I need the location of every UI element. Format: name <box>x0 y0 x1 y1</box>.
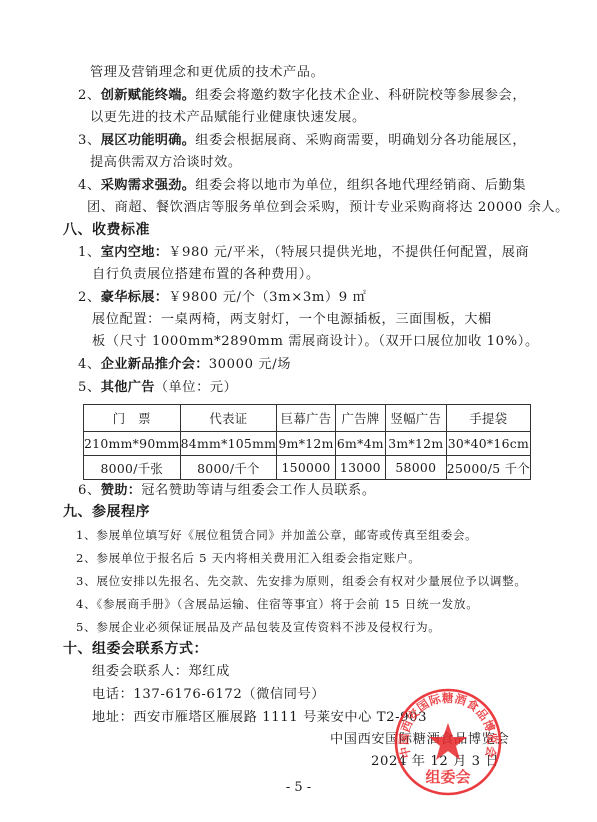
table-cell: 8000/千个 <box>180 456 277 480</box>
item-title: 其他广告 <box>101 380 155 395</box>
table-cell: 8000/千张 <box>84 456 181 480</box>
section-heading-procedure: 九、参展程序 <box>63 503 150 521</box>
table-cell: 84mm*105mm <box>180 432 277 456</box>
table-row-prices: 8000/千张 8000/千个 150000 13000 58000 25000… <box>84 456 531 480</box>
contact-phone: 电话：137-6176-6172（微信同号） <box>92 686 325 704</box>
fee-item-4: 4、企业新品推介会：30000 元/场 <box>78 356 291 374</box>
procedure-step-1: 1、参展单位填写好《展位租赁合同》并加盖公章，邮寄或传真至组委会。 <box>76 526 477 544</box>
item-title: 采购需求强劲。 <box>101 178 195 193</box>
table-header-cell: 代表证 <box>180 405 277 432</box>
item-text: 30000 元/场 <box>209 357 291 372</box>
item-number: 5、 <box>78 380 101 395</box>
item-title: 豪华标展： <box>101 290 168 305</box>
table-header-cell: 巨幕广告 <box>277 405 336 432</box>
contact-person: 组委会联系人：郑红成 <box>92 663 230 681</box>
section-heading-contact: 十、组委会联系方式： <box>63 640 208 658</box>
item-text: ￥9800 元/个（3m×3m）9 ㎡ <box>168 290 366 305</box>
item-number: 6、 <box>78 483 101 498</box>
item-number: 2、 <box>78 290 101 305</box>
item-title: 企业新品推介会： <box>101 357 209 372</box>
table-cell: 30*40*16cm <box>446 432 530 456</box>
feature-item-3-cont: 提高供需双方洽谈时效。 <box>90 154 242 172</box>
table-header-cell: 竖幅广告 <box>385 405 446 432</box>
fee-item-2-config-cont: 板（尺寸 1000mm*2890mm 需展商设计）。（双开口展位加收 10%）。 <box>92 333 539 351</box>
table-cell: 58000 <box>385 456 446 480</box>
item-title: 室内空地： <box>101 245 168 260</box>
item-number: 2、 <box>78 88 101 103</box>
feature-item-4-cont: 团、商超、餐饮酒店等服务单位到会采购，预计专业采购商将达 20000 余人。 <box>87 199 569 217</box>
item-title: 赞助： <box>101 483 141 498</box>
table-header-row: 门 票 代表证 巨幕广告 广告牌 竖幅广告 手提袋 <box>84 405 531 432</box>
table-cell: 6m*4m <box>335 432 385 456</box>
table-cell: 150000 <box>277 456 336 480</box>
item-number: 4、 <box>78 357 101 372</box>
document-page: 管理及营销理念和更优质的技术产品。 2、创新赋能终端。组委会将邀约数字化技术企业… <box>0 0 597 822</box>
advertising-fee-table: 门 票 代表证 巨幕广告 广告牌 竖幅广告 手提袋 210mm*90mm 84m… <box>83 404 531 480</box>
item-number: 1、 <box>78 245 101 260</box>
feature-item-2: 2、创新赋能终端。组委会将邀约数字化技术企业、科研院校等参展参会， <box>78 87 526 105</box>
page-number: - 5 - <box>0 780 597 795</box>
item-text: 冠名赞助等请与组委会工作人员联系。 <box>141 483 375 498</box>
table-cell: 13000 <box>335 456 385 480</box>
item-number: 3、 <box>78 133 101 148</box>
fee-item-1: 1、室内空地：￥980 元/平米，（特展只提供光地，不提供任何配置，展商 <box>78 244 529 262</box>
table-header-cell: 广告牌 <box>335 405 385 432</box>
feature-item-4: 4、采购需求强劲。组委会将以地市为单位，组织各地代理经销商、后勤集 <box>78 177 526 195</box>
item-text: ￥980 元/平米，（特展只提供光地，不提供任何配置，展商 <box>168 245 529 260</box>
fee-item-2-config: 展位配置：一桌两椅，两支射灯，一个电源插板，三面围板，大楣 <box>92 311 492 329</box>
item-title: 创新赋能终端。 <box>101 88 195 103</box>
table-cell: 3m*12m <box>385 432 446 456</box>
procedure-step-5: 5、参展企业必须保证展品及产品包装及宣传资料不涉及侵权行为。 <box>76 618 441 636</box>
table-cell: 9m*12m <box>277 432 336 456</box>
item1-tail: 管理及营销理念和更优质的技术产品。 <box>90 64 324 82</box>
contact-address: 地址：西安市雁塔区雁展路 1111 号莱安中心 T2-903 <box>92 709 427 727</box>
table-row-sizes: 210mm*90mm 84mm*105mm 9m*12m 6m*4m 3m*12… <box>84 432 531 456</box>
item-text: 组委会根据展商、采购商需要，明确划分各功能展区， <box>195 133 526 148</box>
procedure-step-3: 3、展位安排以先报名、先交款、先安排为原则，组委会有权对少量展位予以调整。 <box>76 572 527 590</box>
feature-item-3: 3、展区功能明确。组委会根据展商、采购商需要，明确划分各功能展区， <box>78 132 526 150</box>
procedure-step-2: 2、参展单位于报名后 5 天内将相关费用汇入组委会指定账户。 <box>76 549 421 567</box>
fee-item-6: 6、赞助：冠名赞助等请与组委会工作人员联系。 <box>78 482 376 500</box>
item-title: 展区功能明确。 <box>101 133 195 148</box>
fee-item-5: 5、其他广告（单位：元） <box>78 379 237 397</box>
table-header-cell: 门 票 <box>84 405 181 432</box>
table-cell: 25000/5 千个 <box>446 456 530 480</box>
table-cell: 210mm*90mm <box>84 432 181 456</box>
procedure-step-4: 4、《参展商手册》（含展品运输、住宿等事宜）将于会前 15 日统一发放。 <box>76 595 479 613</box>
table-header-cell: 手提袋 <box>446 405 530 432</box>
fee-item-1-cont: 自行负责展位搭建布置的各种费用）。 <box>92 266 320 284</box>
item-text: （单位：元） <box>155 380 238 395</box>
item-text: 组委会将邀约数字化技术企业、科研院校等参展参会， <box>195 88 526 103</box>
feature-item-2-cont: 以更先进的技术产品赋能行业健康快速发展。 <box>90 109 366 127</box>
item-number: 4、 <box>78 178 101 193</box>
item-text: 组委会将以地市为单位，组织各地代理经销商、后勤集 <box>195 178 526 193</box>
section-heading-fees: 八、收费标准 <box>63 221 150 239</box>
fee-item-2: 2、豪华标展：￥9800 元/个（3m×3m）9 ㎡ <box>78 289 366 307</box>
